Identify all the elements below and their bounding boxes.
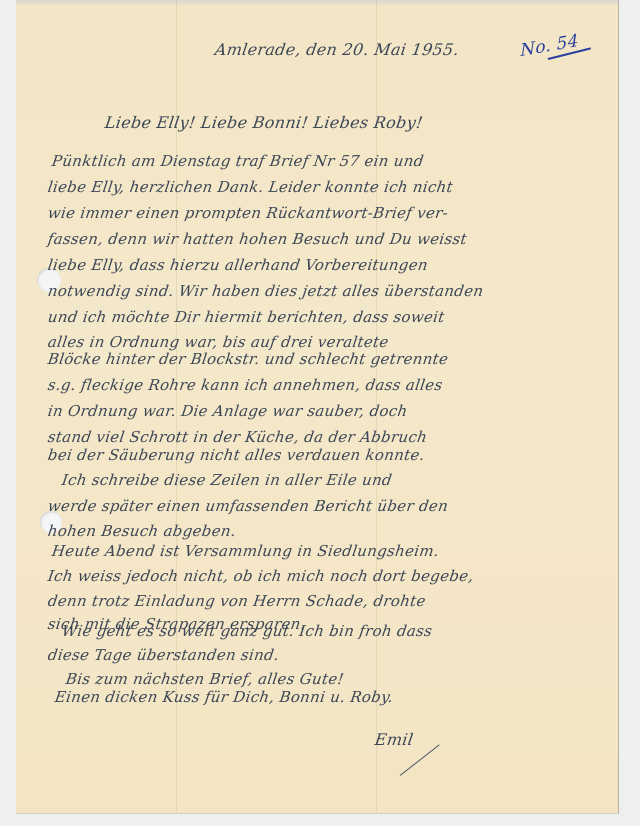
salutation: Liebe Elly! Liebe Bonni! Liebes Roby! xyxy=(104,113,424,132)
body-line: und ich möchte Dir hiermit berichten, da… xyxy=(47,308,446,326)
body-line: Wie geht es so weit ganz gut. Ich bin fr… xyxy=(61,622,434,640)
body-line: stand viel Schrott in der Küche, da der … xyxy=(47,428,429,446)
body-line: Ich weiss jedoch nicht, ob ich mich noch… xyxy=(47,567,475,585)
signature: Emil xyxy=(374,730,415,749)
body-line: Pünktlich am Dienstag traf Brief Nr 57 e… xyxy=(51,152,425,170)
body-line: s.g. fleckige Rohre kann ich annehmen, d… xyxy=(47,376,444,394)
body-line: hohen Besuch abgeben. xyxy=(47,522,238,540)
place-date: Amlerade, den 20. Mai 1955. xyxy=(214,40,461,59)
body-line: Bis zum nächsten Brief, alles Gute! xyxy=(65,670,345,688)
body-line: bei der Säuberung nicht alles verdauen k… xyxy=(47,446,426,464)
body-line: werde später einen umfassenden Bericht ü… xyxy=(47,497,450,515)
body-line: Blöcke hinter der Blockstr. und schlecht… xyxy=(47,350,450,368)
body-line: notwendig sind. Wir haben dies jetzt all… xyxy=(47,282,485,300)
body-line: liebe Elly, herzlichen Dank. Leider konn… xyxy=(47,178,455,196)
body-line: liebe Elly, dass hierzu allerhand Vorber… xyxy=(47,256,429,274)
body-line: Ich schreibe diese Zeilen in aller Eile … xyxy=(61,471,394,489)
body-line: denn trotz Einladung von Herrn Schade, d… xyxy=(47,592,427,610)
body-line: Heute Abend ist Versammlung in Siedlungs… xyxy=(51,542,441,560)
body-line: wie immer einen prompten Rückantwort-Bri… xyxy=(47,204,450,222)
body-line: Einen dicken Kuss für Dich, Bonni u. Rob… xyxy=(54,688,395,706)
body-line: diese Tage überstanden sind. xyxy=(47,646,281,664)
body-line: in Ordnung war. Die Anlage war sauber, d… xyxy=(47,402,409,420)
body-line: fassen, denn wir hatten hohen Besuch und… xyxy=(47,230,468,248)
body-line: alles in Ordnung war, bis auf drei veral… xyxy=(47,333,390,351)
